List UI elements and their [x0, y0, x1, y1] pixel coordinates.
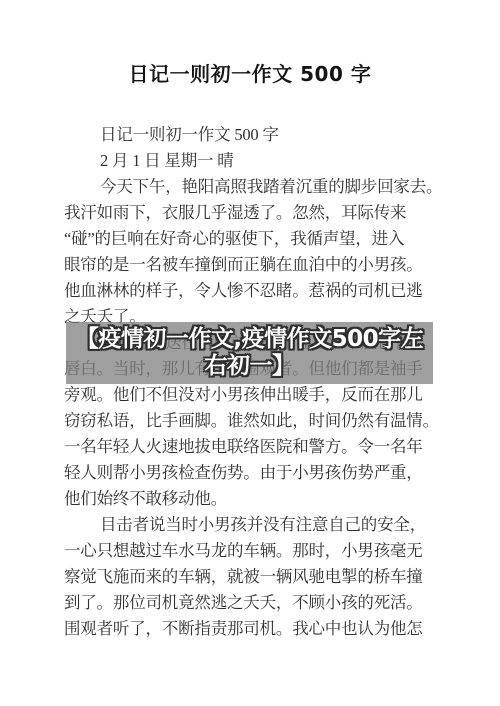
text-line: 我汗如雨下，衣服几乎湿透了。忽然，耳际传来 [64, 200, 452, 226]
text-line: 一心只想越过车水马龙的车辆。那时，小男孩毫无 [64, 538, 452, 564]
text-line: 今天下午，艳阳高照我踏着沉重的脚步回家去。 [64, 174, 452, 200]
page-title: 日记一则初一作文 500 字 [0, 58, 500, 87]
text-line: 窃窃私语，比手画脚。谁然如此，时间仍然有温情。 [64, 408, 452, 434]
text-line: 日记一则初一作文 500 字 [64, 122, 452, 148]
text-line: 旁观。他们不但没对小男孩伸出暖手，反而在那儿 [64, 382, 452, 408]
text-line: “碰”的巨响在好奇心的驱使下，我循声望，进入 [64, 226, 452, 252]
text-line: 围观者听了，不断指责那司机。我心中也认为他怎 [64, 616, 452, 642]
text-line: 眼帘的是一名被车撞倒而正躺在血泊中的小男孩。 [64, 252, 452, 278]
watermark-banner: 【疫情初一作文,疫情作文500字左右初一】 [66, 322, 433, 384]
text-line: 他们始终不敢移动他。 [64, 486, 452, 512]
text-line: 到了。那位司机竟然逃之夭夭，不顾小孩的死活。 [64, 590, 452, 616]
text-line: 目击者说当时小男孩并没有注意自己的安全， [64, 512, 452, 538]
text-line: 轻人则帮小男孩检查伤势。由于小男孩伤势严重， [64, 460, 452, 486]
watermark-text: 【疫情初一作文,疫情作文500字左右初一】 [66, 326, 433, 380]
document-page: 日记一则初一作文 500 字 日记一则初一作文 500 字2 月 1 日 星期一… [0, 0, 500, 706]
text-line: 2 月 1 日 星期一 晴 [64, 148, 452, 174]
text-line: 察觉飞施而来的车辆，就被一辆风驰电掣的桥车撞 [64, 564, 452, 590]
text-line: 一名年轻人火速地拔电联络医院和警方。令一名年 [64, 434, 452, 460]
text-line: 他血淋林的样子，令人惨不忍睹。惹祸的司机已逃 [64, 278, 452, 304]
